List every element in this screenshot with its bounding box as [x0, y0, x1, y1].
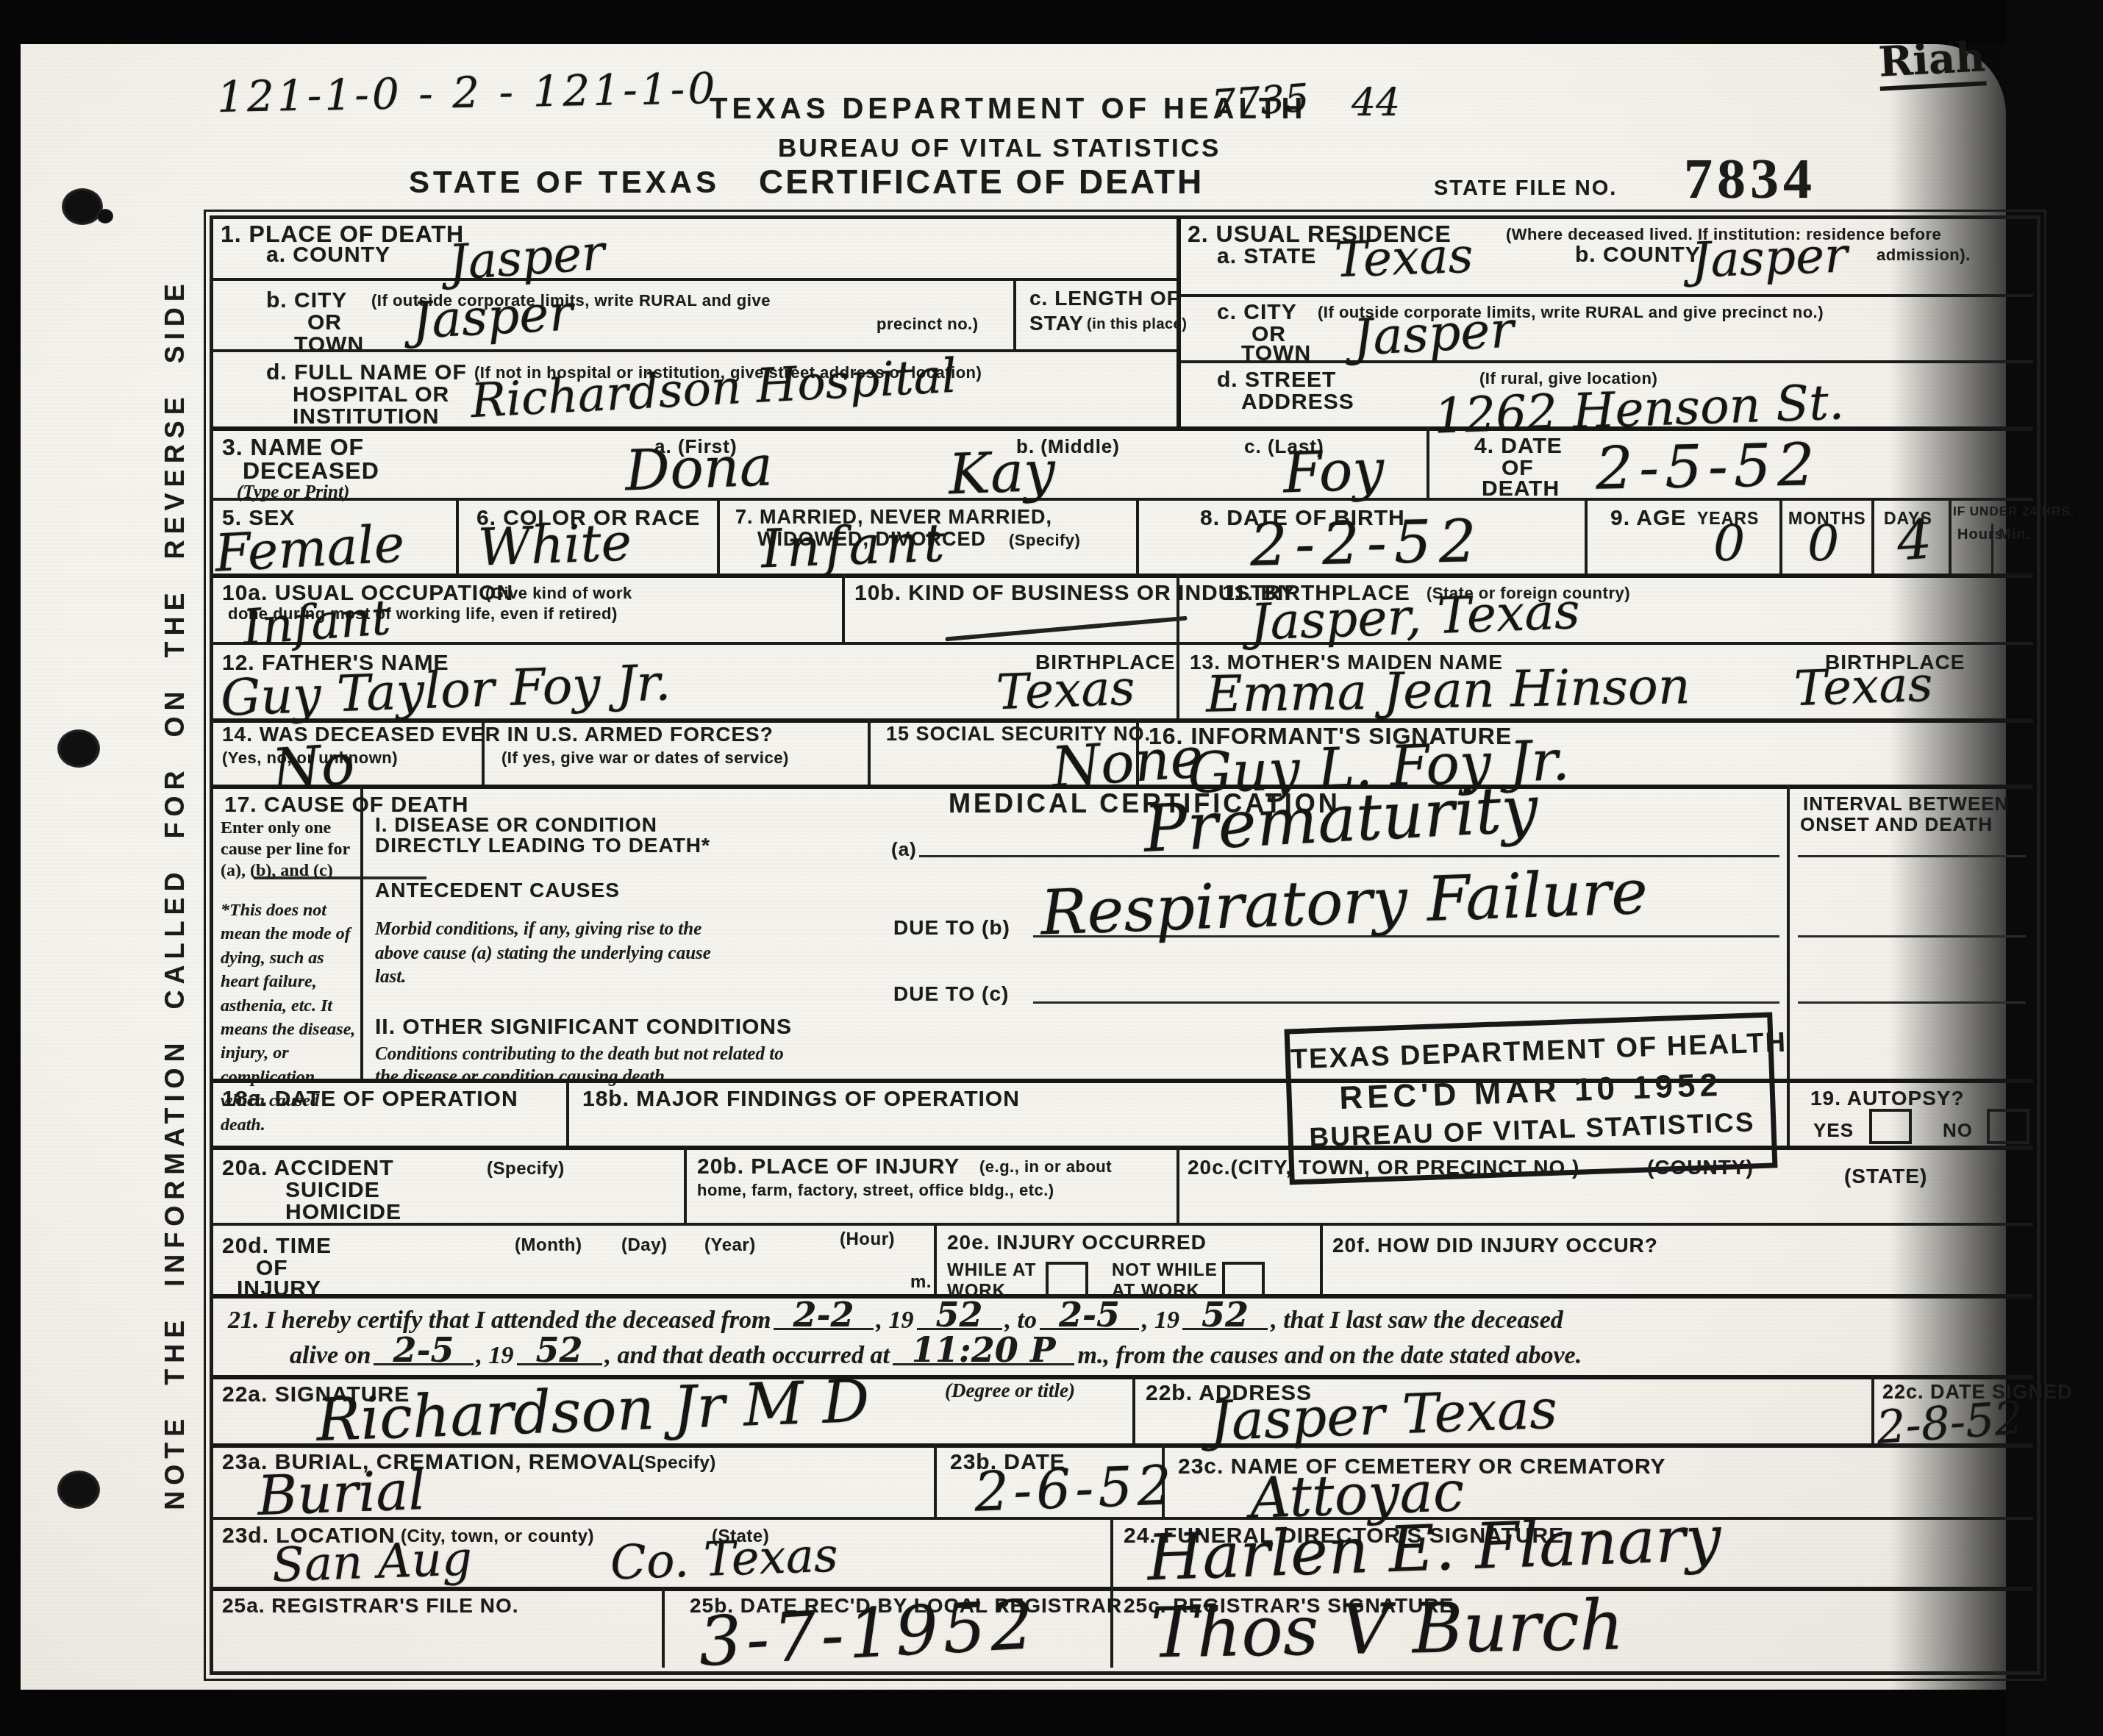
residence-county-label: b. COUNTY: [1575, 243, 1701, 268]
corner-annotation: Riah: [1877, 32, 1986, 90]
pencil-number-2: 44: [1352, 81, 1400, 125]
grid-line: [213, 1587, 2033, 1591]
other-conditions-label: II. OTHER SIGNIFICANT CONDITIONS: [375, 1015, 792, 1040]
certify-text: m., from the causes and on the date stat…: [1077, 1342, 1582, 1369]
injury-place-label: 20b. PLACE OF INJURY: [697, 1154, 960, 1179]
injury-day-label: (Day): [621, 1235, 668, 1256]
birthplace-value: Jasper, Texas: [1249, 582, 1581, 652]
residence-state-label: a. STATE: [1217, 244, 1316, 269]
grid-line: [868, 718, 871, 785]
certify-text: , and that death occurred at: [605, 1342, 890, 1369]
autopsy-label: 19. AUTOPSY?: [1810, 1087, 1965, 1110]
while-at-work-checkbox: [1046, 1262, 1088, 1297]
interval-line: [1798, 1001, 2026, 1004]
interval-line: [1798, 855, 2026, 857]
date-of-death-label3: DEATH: [1482, 476, 1560, 501]
county-value: Jasper: [447, 224, 607, 292]
due-to-c-label: DUE TO (c): [893, 982, 1009, 1006]
operation-date-label: 18a. DATE OF OPERATION: [222, 1087, 518, 1112]
write-line-c: [1033, 1001, 1779, 1004]
antecedent-label: ANTECEDENT CAUSES: [375, 879, 620, 902]
other-conditions-note: Conditions contributing to the death but…: [375, 1043, 801, 1089]
grid-line: [213, 278, 1177, 281]
grid-line: [684, 1146, 687, 1223]
autopsy-yes-checkbox: [1869, 1109, 1912, 1144]
date-of-death-label: 4. DATE: [1474, 434, 1563, 459]
grid-line: [1779, 498, 1782, 574]
injury-specify-hint: (Specify): [487, 1159, 565, 1179]
attended-from-date: 2-2: [774, 1301, 873, 1330]
grid-line: [360, 785, 363, 1079]
occupation-value: Infant: [241, 589, 393, 656]
due-to-b-label: DUE TO (b): [893, 916, 1010, 940]
last-seen-date: 2-5: [374, 1337, 473, 1365]
injury-time-label: 20d. TIME: [222, 1234, 332, 1259]
injury-location-label: 20c.(CITY, TOWN, OR PRECINCT NO.): [1188, 1156, 1579, 1179]
grid-line: [213, 642, 2033, 645]
last-name-value: Foy: [1282, 437, 1385, 506]
city-value: Jasper: [410, 284, 574, 350]
grid-line: [1787, 785, 1790, 1079]
punch-hole: [62, 188, 103, 225]
injury-state-label: (STATE): [1844, 1165, 1927, 1188]
injury-occurred-label: 20e. INJURY OCCURRED: [947, 1231, 1207, 1254]
age-days-value: 4: [1895, 507, 1934, 573]
grid-line: [1177, 1146, 1179, 1223]
autopsy-no-checkbox: [1987, 1109, 2029, 1144]
street-label: d. STREET: [1217, 368, 1336, 393]
stay-label2: STAY: [1029, 312, 1084, 335]
grid-line: [1177, 642, 1179, 718]
sex-value: Female: [213, 513, 406, 583]
state-file-number: 7834: [1684, 146, 1816, 212]
injury-hour-label: (Hour): [840, 1229, 895, 1250]
injury-county-label: (COUNTY): [1647, 1156, 1754, 1179]
operation-findings-label: 18b. MAJOR FINDINGS OF OPERATION: [582, 1087, 1020, 1112]
injury-kind-label: 20a. ACCIDENT: [222, 1156, 394, 1181]
burial-date-value: 2-6-52: [974, 1454, 1177, 1524]
father-birthplace-value: Texas: [996, 660, 1136, 721]
age-min-label: Min.: [1999, 526, 2031, 543]
city-label-or: OR: [307, 310, 342, 335]
autopsy-yes-label: YES: [1813, 1119, 1854, 1142]
hospital-label: d. FULL NAME OF: [266, 360, 467, 385]
certify-text: , 19: [876, 1307, 914, 1334]
injury-month-label: (Month): [515, 1235, 582, 1256]
armed-forces-hint2: (If yes, give war or dates of service): [501, 749, 789, 768]
injury-kind-label3: HOMICIDE: [285, 1200, 401, 1225]
grid-line: [934, 1443, 937, 1517]
injury-year-label: (Year): [704, 1235, 756, 1256]
grid-line: [213, 1223, 2033, 1226]
header-bureau: BUREAU OF VITAL STATISTICS: [778, 134, 1221, 163]
age-months-value: 0: [1807, 515, 1839, 573]
injury-kind-label2: SUICIDE: [285, 1178, 380, 1203]
stay-hint: (in this place): [1087, 316, 1187, 333]
residence-county-value: Jasper: [1690, 226, 1849, 288]
race-value: White: [477, 512, 633, 577]
injury-place-hint: (e.g., in or about: [979, 1157, 1112, 1176]
not-while-at-work-label2: AT WORK: [1112, 1281, 1200, 1301]
occupation-hint: (Give kind of work: [485, 584, 632, 603]
pencil-code: 121-1-0 - 2 - 121-1-0: [216, 63, 718, 122]
cause-a-tag: (a): [891, 838, 917, 861]
address-value: Jasper Texas: [1209, 1378, 1559, 1453]
grid-line: [456, 498, 459, 574]
mother-birthplace-value: Texas: [1793, 656, 1934, 718]
burial-specify-hint: (Specify): [638, 1453, 716, 1474]
grid-line: [1177, 294, 2033, 297]
punch-hole: [57, 1471, 100, 1509]
grid-line: [934, 1223, 937, 1294]
middle-name-value: Kay: [947, 437, 1056, 507]
mother-name-value: Emma Jean Hinson: [1205, 657, 1690, 724]
how-injury-label: 20f. HOW DID INJURY OCCUR?: [1332, 1234, 1658, 1257]
hospital-label3: INSTITUTION: [293, 404, 439, 429]
registrar-file-label: 25a. REGISTRAR'S FILE NO.: [222, 1594, 519, 1618]
age-hours-label: Hours: [1957, 526, 2004, 543]
grid-line: [662, 1587, 665, 1668]
county-label: a. COUNTY: [266, 243, 390, 268]
attended-to-year: 52: [1182, 1301, 1268, 1330]
grid-line: [1132, 1375, 1135, 1443]
injury-place-hint2: home, farm, factory, street, office bldg…: [697, 1181, 1054, 1200]
state-file-no-label: STATE FILE NO.: [1434, 176, 1617, 201]
disease-label2: DIRECTLY LEADING TO DEATH*: [375, 834, 710, 857]
name-label3: (Type or Print): [237, 482, 349, 503]
armed-forces-value: No: [270, 731, 357, 802]
grid-line: [1585, 498, 1588, 574]
residence-city-label: c. CITY: [1217, 300, 1297, 325]
morbid-note: Morbid conditions, if any, giving rise t…: [375, 918, 735, 990]
grid-line: [213, 1375, 2033, 1379]
birth-date-value: 2-2-52: [1249, 507, 1484, 579]
residence-hint2: admission).: [1877, 246, 1971, 265]
punch-hole-small: [97, 209, 113, 224]
residence-city-town: TOWN: [1241, 341, 1311, 366]
not-while-at-work-label: NOT WHILE: [1112, 1260, 1218, 1281]
certify-text: , 19: [1142, 1307, 1179, 1334]
pencil-number-1: 7735: [1210, 76, 1310, 126]
while-at-work-label: WHILE AT: [947, 1260, 1036, 1281]
certify-text: alive on: [290, 1342, 371, 1369]
age-under-label: IF UNDER 24 HRS.: [1953, 504, 2074, 519]
stay-label: c. LENGTH OF: [1029, 287, 1180, 310]
residence-city-value: Jasper: [1352, 301, 1515, 367]
header-title: CERTIFICATE OF DEATH: [759, 162, 1204, 201]
grid-line: [1320, 1223, 1323, 1294]
death-time-value: 11:20 P: [893, 1337, 1075, 1365]
burial-location-state-value: Co. Texas: [610, 1529, 839, 1591]
punch-hole: [57, 729, 100, 768]
grid-line: [1871, 498, 1874, 574]
certify-line-2: alive on2-5, 1952, and that death occurr…: [287, 1338, 1585, 1370]
injury-time-label3: INJURY: [237, 1276, 321, 1301]
grid-line: [1871, 1375, 1874, 1443]
date-signed-value: 2-8-52: [1875, 1390, 2025, 1454]
first-name-value: Dona: [624, 433, 774, 504]
street-label2: ADDRESS: [1241, 390, 1354, 415]
registrar-signature-value: Thos V Burch: [1150, 1585, 1624, 1674]
city-label-town: TOWN: [294, 332, 364, 357]
header-state-of-texas: STATE OF TEXAS: [409, 165, 720, 200]
attended-to-date: 2-5: [1040, 1301, 1139, 1330]
grid-line: [566, 1079, 569, 1146]
interval-label: INTERVAL BETWEEN: [1803, 793, 2009, 815]
injury-m-label: m.: [910, 1272, 932, 1293]
last-seen-year: 52: [517, 1337, 602, 1365]
age-years-value: 0: [1713, 515, 1745, 573]
name-label2: DECEASED: [243, 457, 379, 485]
date-of-death-value: 2-5-52: [1595, 430, 1821, 502]
scanned-death-certificate: NOTE THE INFORMATION CALLED FOR ON THE R…: [0, 0, 2103, 1736]
city-label: b. CITY: [266, 288, 347, 313]
certify-text: 21. I hereby certify that I attended the…: [228, 1307, 771, 1334]
not-while-at-work-checkbox: [1222, 1262, 1265, 1297]
degree-label: (Degree or title): [945, 1379, 1075, 1402]
burial-location-value: San Aug: [271, 1532, 473, 1593]
hospital-label2: HOSPITAL OR: [293, 382, 449, 407]
grid-line: [1427, 426, 1429, 498]
age-label: 9. AGE: [1610, 506, 1686, 531]
certify-text: , 19: [476, 1342, 514, 1369]
grid-line: [1949, 498, 1952, 574]
margin-note: NOTE THE INFORMATION CALLED FOR ON THE R…: [160, 232, 190, 1556]
marital-value: Infant: [760, 512, 950, 580]
autopsy-no-label: NO: [1943, 1119, 1973, 1142]
burial-value: Burial: [257, 1459, 427, 1528]
grid-line: [1136, 498, 1139, 574]
grid-line: [1787, 1079, 1790, 1146]
grid-line: [842, 574, 845, 642]
cause-note1: Enter only one cause per line for (a), (…: [221, 818, 357, 881]
grid-line: [717, 498, 720, 574]
city-hint2: precinct no.): [876, 315, 979, 334]
grid-line: [1013, 278, 1016, 349]
grid-line: [1110, 1517, 1113, 1587]
certify-text: , that I last saw the deceased: [1271, 1307, 1563, 1334]
residence-state-value: Texas: [1334, 227, 1474, 289]
interval-line: [1798, 935, 2026, 937]
marital-specify: (Specify): [1009, 531, 1080, 550]
attended-from-year: 52: [917, 1301, 1002, 1330]
interval-label2: ONSET AND DEATH: [1800, 813, 1993, 836]
